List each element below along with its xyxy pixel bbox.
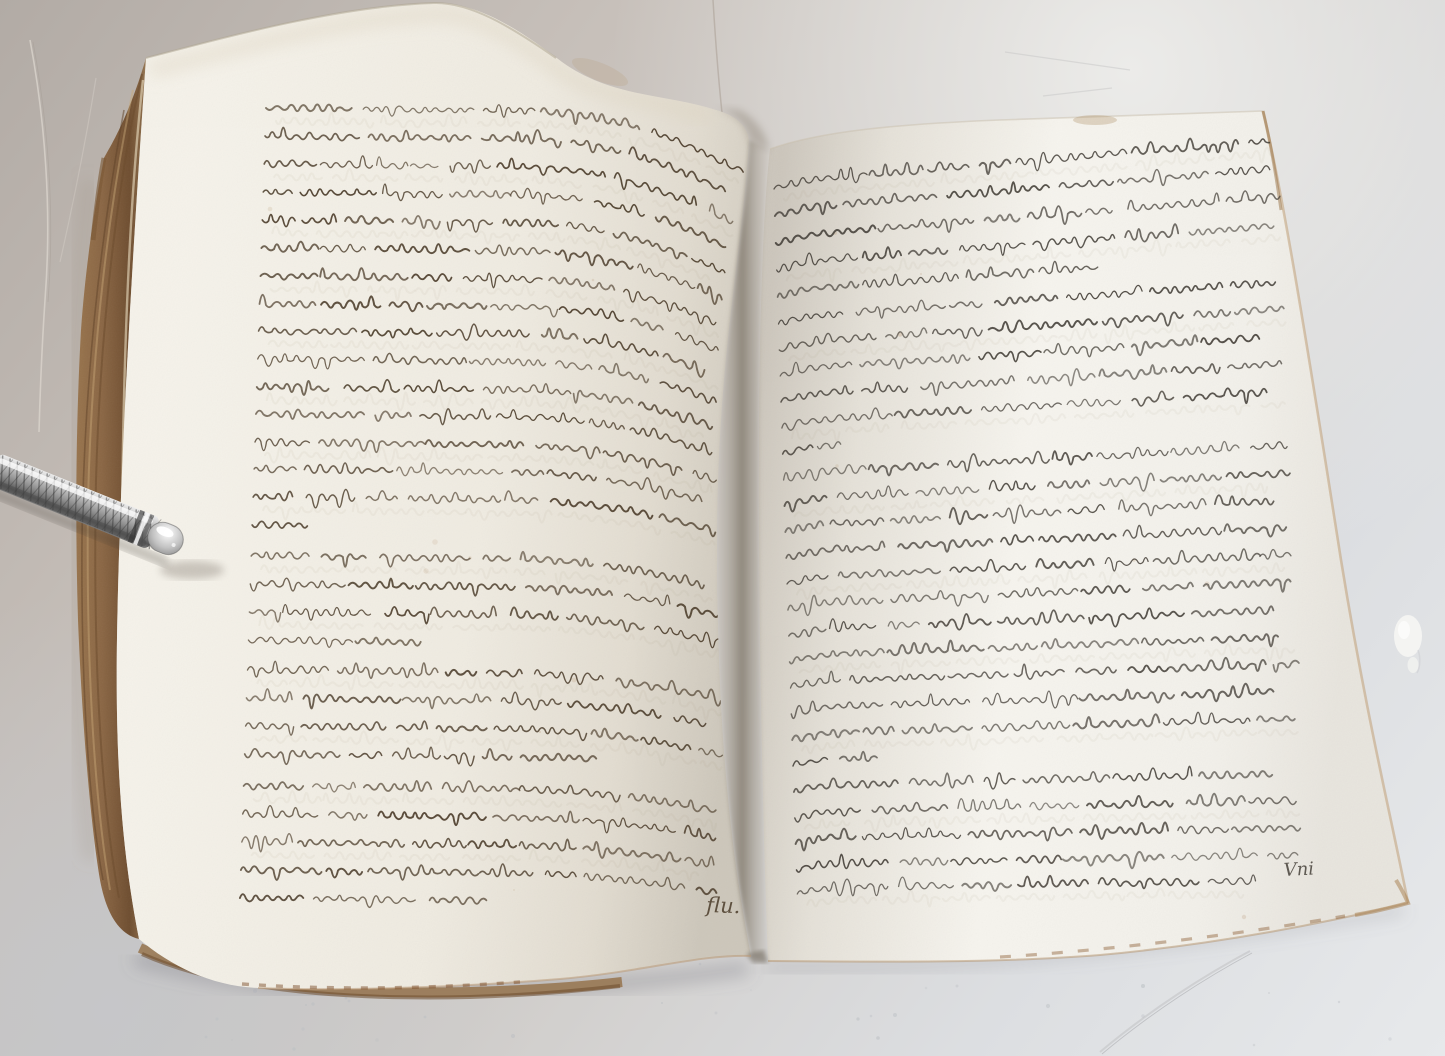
left-page-catchword: flu. bbox=[704, 893, 741, 918]
photo-of-open-manuscript: flu. Vni bbox=[0, 0, 1445, 1056]
table-speck bbox=[216, 1018, 219, 1021]
table-speck bbox=[1046, 1004, 1050, 1008]
table-speck bbox=[305, 1004, 307, 1006]
table-speck bbox=[715, 1012, 718, 1015]
table-speck bbox=[750, 989, 752, 991]
table-speck bbox=[856, 1017, 859, 1020]
table-speck bbox=[301, 1027, 304, 1030]
table-speck bbox=[231, 1039, 233, 1041]
table-speck bbox=[1141, 1014, 1145, 1018]
table-speck bbox=[424, 1016, 427, 1019]
table-speck bbox=[348, 1000, 351, 1003]
table-speck bbox=[292, 1047, 295, 1050]
table-speck bbox=[253, 989, 257, 993]
table-speck bbox=[1253, 1044, 1256, 1047]
table-speck bbox=[956, 985, 959, 988]
right-page-catchword: Vni bbox=[1283, 858, 1314, 881]
table-speck bbox=[661, 1002, 663, 1004]
table-speck bbox=[925, 987, 928, 990]
table-speck bbox=[876, 1036, 880, 1040]
table-speck bbox=[205, 1036, 208, 1039]
table-speck bbox=[375, 1038, 379, 1042]
table-speck bbox=[1388, 1037, 1391, 1040]
table-speck bbox=[893, 1013, 897, 1017]
open-book-pages bbox=[50, 0, 1420, 1015]
table-speck bbox=[699, 963, 702, 966]
clasp-tip-shadow bbox=[160, 561, 224, 579]
table-speck bbox=[511, 1034, 515, 1038]
manuscript-photo-canvas: flu. Vni bbox=[0, 0, 1445, 1056]
table-speck bbox=[1338, 1001, 1340, 1003]
table-speck bbox=[311, 1002, 314, 1005]
table-speck bbox=[1141, 984, 1145, 988]
table-speck bbox=[870, 1015, 873, 1018]
table-speck bbox=[1268, 992, 1270, 994]
